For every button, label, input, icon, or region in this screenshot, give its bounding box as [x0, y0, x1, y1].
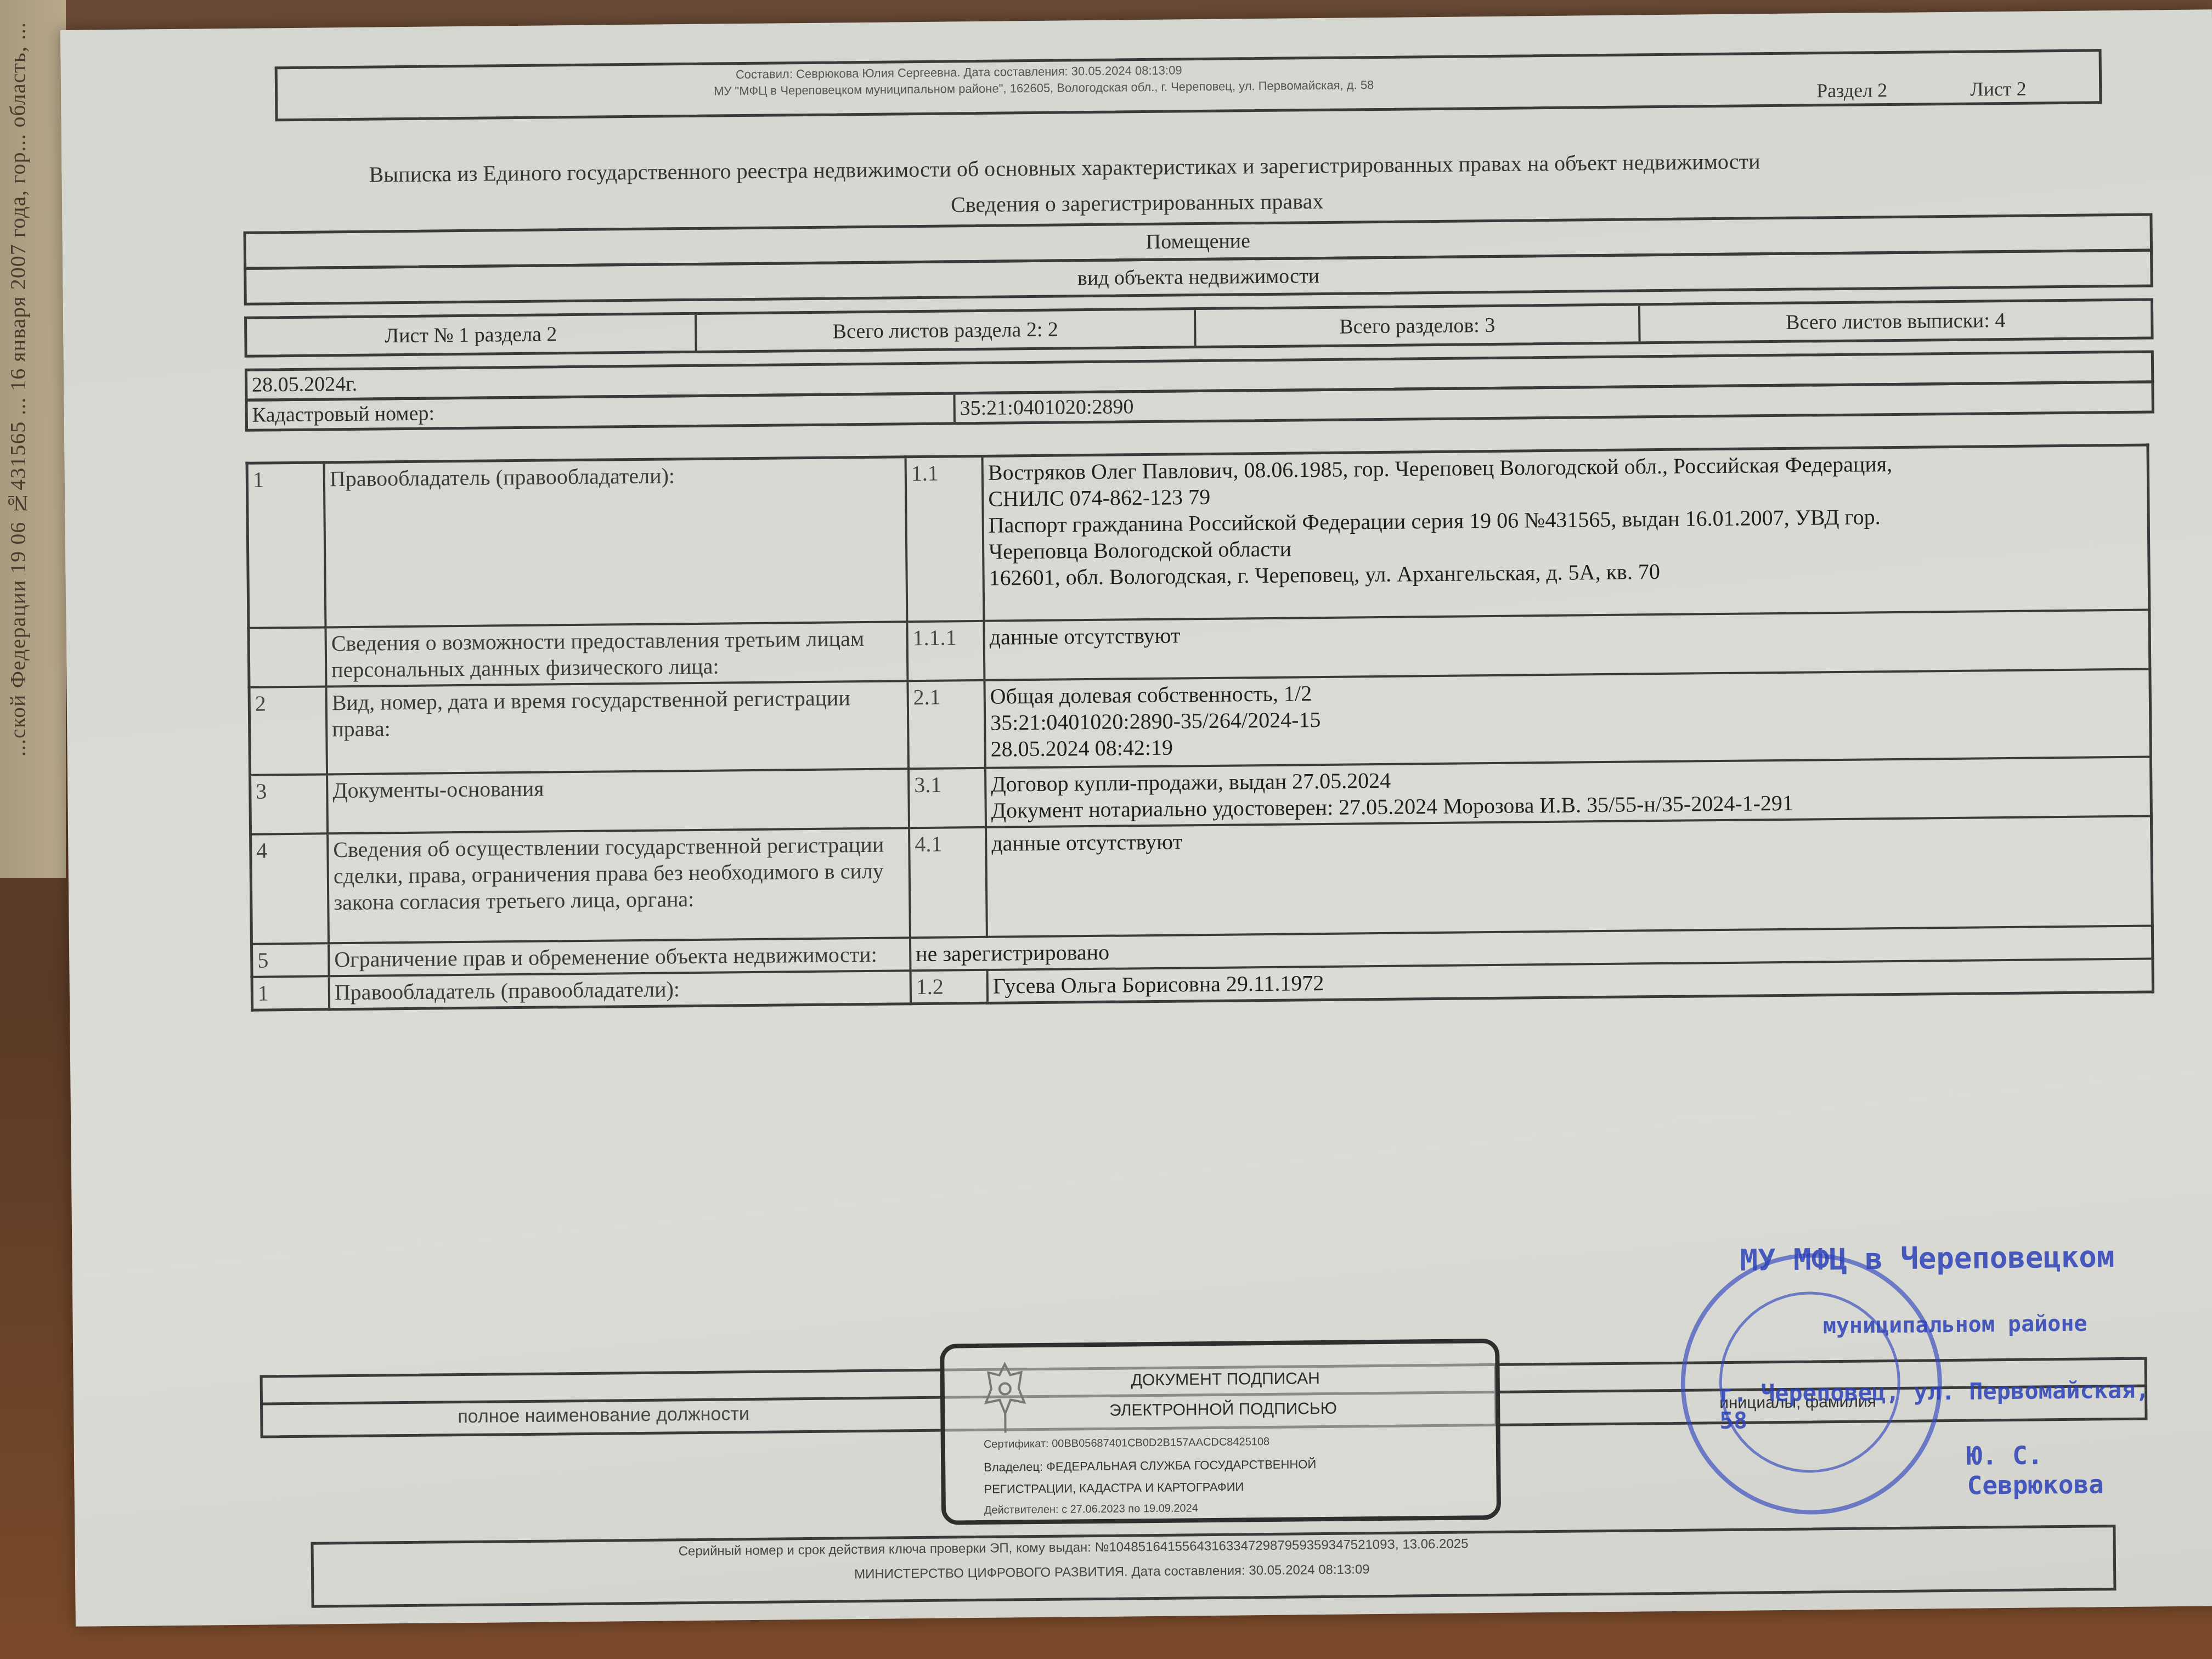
- sheet-no: Лист № 1 раздела 2: [247, 315, 697, 355]
- document-title: Выписка из Единого государственного реес…: [369, 148, 1760, 187]
- document-subtitle: Сведения о зарегистрированных правах: [951, 188, 1324, 218]
- row-number: 2: [249, 686, 327, 775]
- signer-caption: инициалы, фамилия: [1719, 1392, 1876, 1413]
- row-number: 4: [251, 833, 329, 944]
- object-type-caption: вид объекта недвижимости: [1077, 264, 1320, 290]
- esig-title-2: ЭЛЕКТРОННОЙ ПОДПИСЬЮ: [1109, 1400, 1337, 1420]
- registration-details: Общая долевая собственность, 1/2 35:21:0…: [984, 669, 2151, 768]
- object-type: Помещение: [1145, 229, 1250, 254]
- row-subnumber: 1.1.1: [907, 620, 984, 680]
- cadastral-label: Кадастровый номер:: [248, 394, 956, 428]
- row-subnumber: 1.2: [911, 969, 988, 1003]
- row-number: 5: [252, 943, 329, 977]
- row-label: Сведения об осуществлении государственно…: [328, 828, 910, 943]
- row-number: 3: [250, 774, 328, 834]
- row-label: Сведения о возможности предоставления тр…: [325, 622, 907, 686]
- rights-table: 1 Правообладатель (правообладатели): 1.1…: [246, 443, 2154, 1011]
- esig-title-1: ДОКУМЕНТ ПОДПИСАН: [1131, 1369, 1321, 1390]
- row-label: Вид, номер, дата и время государственной…: [326, 681, 909, 774]
- row-subnumber: 3.1: [909, 768, 986, 827]
- row-value: данные отсутствуют: [984, 610, 2149, 680]
- row-value: данные отсутствуют: [986, 816, 2152, 936]
- row-number: [249, 627, 326, 687]
- section-sheets-total: Всего листов раздела 2: 2: [697, 310, 1197, 351]
- position-caption: полное наименование должности: [458, 1403, 749, 1427]
- coat-of-arms-icon: [977, 1358, 1032, 1436]
- esig-certificate: Сертификат: 00BB05687401CB0D2B157AACDC84…: [984, 1436, 1270, 1451]
- row-number: 1: [247, 462, 325, 628]
- row-subnumber: 4.1: [909, 827, 987, 937]
- row-subnumber: 1.1: [906, 456, 984, 621]
- table-row: 4 Сведения об осуществлении государствен…: [251, 816, 2153, 944]
- document-sheet: Составил: Севрюкова Юлия Сергеевна. Дата…: [60, 9, 2212, 1627]
- sheet-label: Лист 2: [1970, 77, 2027, 101]
- extract-date: 28.05.2024г.: [252, 372, 357, 397]
- esig-owner-1: Владелец: ФЕДЕРАЛЬНАЯ СЛУЖБА ГОСУДАРСТВЕ…: [984, 1457, 1316, 1475]
- wooden-surface: [0, 1624, 2212, 1659]
- esig-owner-2: РЕГИСТРАЦИИ, КАДАСТРА И КАРТОГРАФИИ: [984, 1480, 1244, 1497]
- electronic-signature-block: ДОКУМЕНТ ПОДПИСАН ЭЛЕКТРОННОЙ ПОДПИСЬЮ С…: [940, 1339, 1501, 1525]
- section-label: Раздел 2: [1816, 78, 1887, 102]
- row-number: 1: [252, 976, 329, 1010]
- stamp-signer: Ю. С. Севрюкова: [1967, 1439, 2187, 1500]
- stamp-line-2: муниципальном районе: [1823, 1311, 2087, 1339]
- row-label: Ограничение прав и обременение объекта н…: [329, 938, 911, 976]
- underlying-sheet-text: ...ской Федерации 19 06 №431565 ... 16 я…: [5, 22, 60, 757]
- stamp-line-1: МУ МФЦ в Череповецком: [1740, 1239, 2114, 1278]
- extract-sheets-total: Всего листов выписки: 4: [1640, 301, 2151, 341]
- row-label: Правообладатель (правообладатели):: [324, 457, 907, 627]
- underlying-sheet: ...ской Федерации 19 06 №431565 ... 16 я…: [0, 0, 66, 878]
- sections-total: Всего разделов: 3: [1196, 306, 1641, 346]
- sheet-info-row: Лист № 1 раздела 2 Всего листов раздела …: [244, 298, 2154, 357]
- right-holder-details: Востряков Олег Павлович, 08.06.1985, гор…: [983, 445, 2149, 620]
- row-label: Правообладатель (правообладатели):: [329, 970, 911, 1009]
- row-label: Документы-основания: [327, 769, 909, 833]
- table-row: 1 Правообладатель (правообладатели): 1.1…: [247, 445, 2149, 628]
- basis-documents: Договор купли-продажи, выдан 27.05.2024 …: [985, 757, 2151, 827]
- row-subnumber: 2.1: [907, 680, 985, 768]
- esig-validity: Действителен: с 27.06.2023 по 19.09.2024: [984, 1502, 1198, 1517]
